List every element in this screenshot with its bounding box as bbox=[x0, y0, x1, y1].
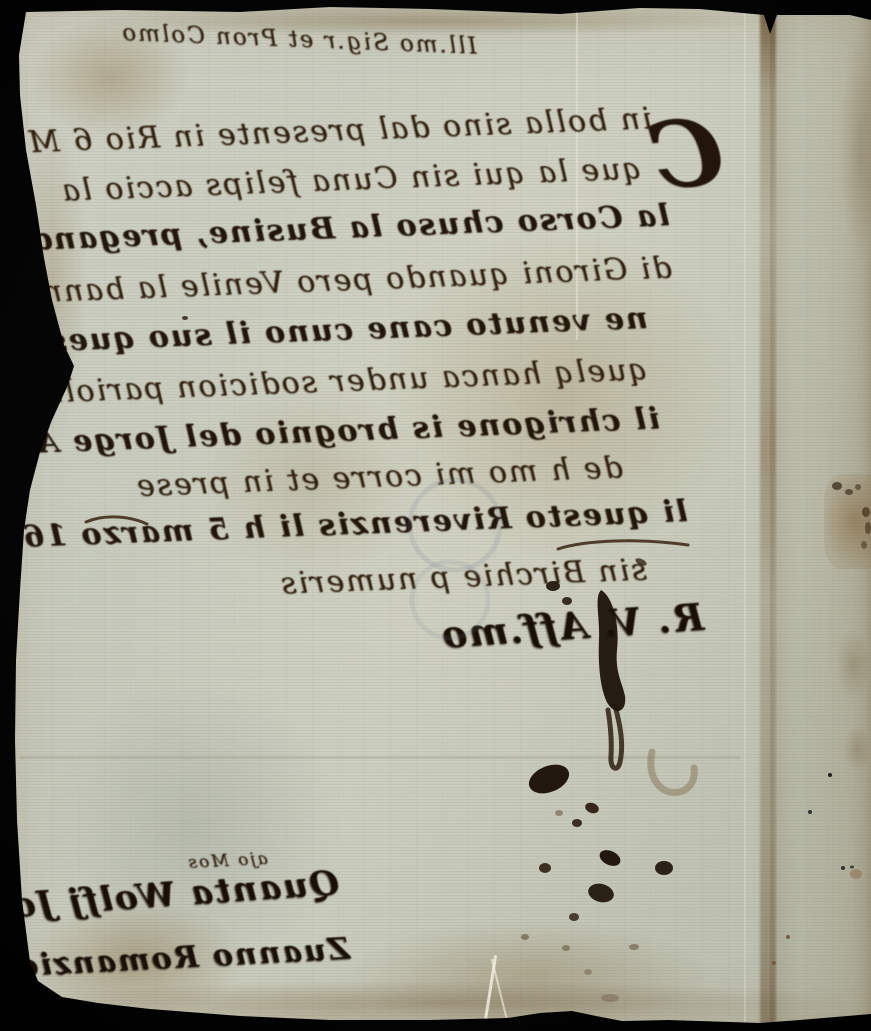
body-line-7: il chrigone is brognio del Jorge A bbox=[66, 402, 661, 460]
body-line-8: de h mo mi corre et in prese bbox=[115, 450, 624, 504]
place-line: sin Birchie p numeris bbox=[254, 552, 647, 602]
dateline: li questo Riverenzis li h 5 marzo 16h bbox=[72, 494, 689, 553]
paragraph-initial: C bbox=[643, 97, 727, 211]
paper-sheet: Ill.mo Sig.r et Pron Colmo C in bolla si… bbox=[0, 0, 871, 1031]
body-line-4: di Gironi quando pero Venile la banna bbox=[72, 250, 673, 308]
signature-line-2: Zuanno Romanzio bbox=[27, 932, 350, 984]
valediction-line: R. V. Aff.mo bbox=[547, 595, 706, 650]
handwriting-layer: Ill.mo Sig.r et Pron Colmo C in bolla si… bbox=[0, 0, 871, 1031]
header-line: Ill.mo Sig.r et Pron Colmo bbox=[185, 22, 478, 59]
body-line-6: quelq hanca under sodicion parioli bbox=[82, 352, 649, 409]
body-line-3: la Corso chuso la Busine, pregando che bbox=[58, 198, 671, 256]
body-line-5: ne venuto cane cuno il suo quesogne bbox=[68, 301, 649, 358]
manuscript-scan: Ill.mo Sig.r et Pron Colmo C in bolla si… bbox=[0, 0, 871, 1031]
body-line-2: que la qui sin Cuna felips accio la bbox=[82, 151, 643, 207]
body-line-1: in bolla sino dal presente in Rio 6 M. bbox=[92, 101, 653, 157]
